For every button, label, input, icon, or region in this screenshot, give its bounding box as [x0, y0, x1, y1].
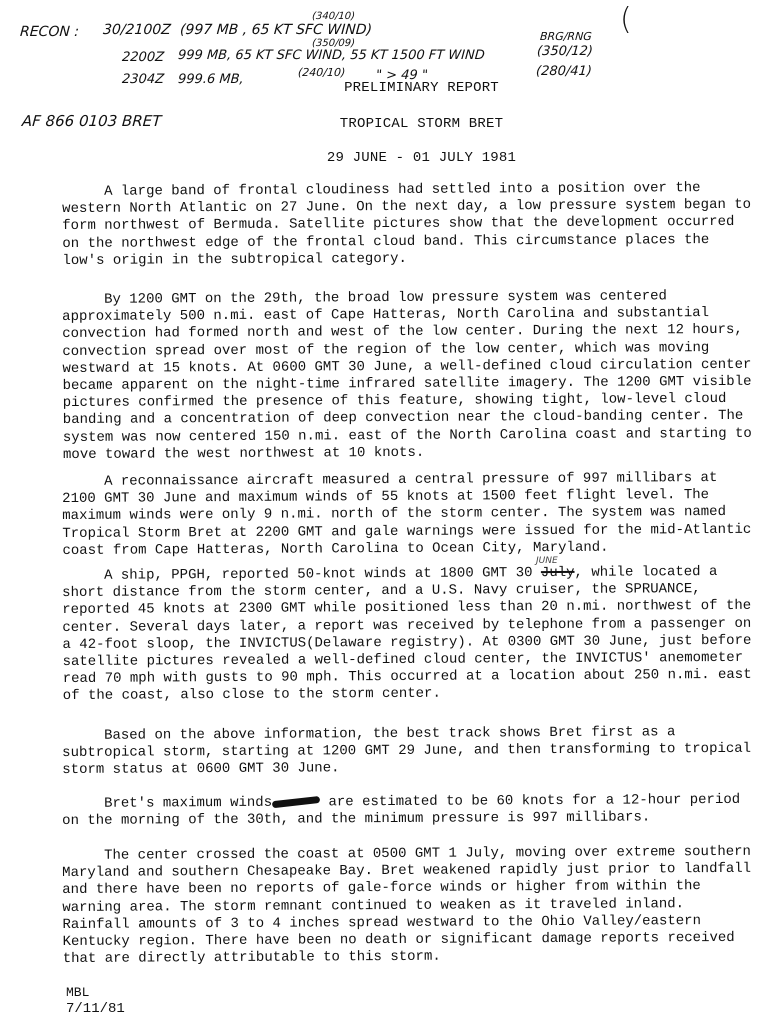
handwritten-paren-mark: ( — [620, 2, 632, 37]
recon-wind-dir-3: (240/10) — [298, 66, 346, 79]
blacked-out-word — [272, 796, 320, 808]
brg-rng-header: BRG/RNG — [540, 30, 593, 43]
recon-note-2: 999 MB, 65 KT SFC WIND, 55 KT 1500 FT WI… — [177, 48, 485, 63]
recon-wind-dir-2: (350/09) — [312, 38, 356, 49]
paragraph-7: The center crossed the coast at 0500 GMT… — [62, 844, 753, 969]
recon-brg-rng-2: (350/12) — [536, 44, 593, 59]
paragraph-4: A ship, PPGH, reported 50-knot winds at … — [62, 564, 753, 706]
author-initials: MBL — [66, 984, 89, 1001]
paragraph-4-end: , while located a short distance from th… — [62, 564, 752, 704]
recon-time-1: 30/2100Z — [102, 22, 171, 38]
report-date: 7/11/81 — [66, 1001, 125, 1018]
struck-word-july: July — [541, 565, 575, 581]
paragraph-6: Bret's maximum winds are estimated to be… — [62, 792, 752, 831]
paragraph-1: A large band of frontal cloudiness had s… — [62, 180, 753, 270]
recon-note-1: (997 MB , 65 KT SFC WIND) — [179, 22, 372, 38]
recon-label: RECON : — [19, 24, 79, 40]
paragraph-5: Based on the above information, the best… — [62, 724, 752, 780]
storm-name-heading: TROPICAL STORM BRET — [40, 116, 763, 132]
recon-wind-dir-1: (340/10) — [312, 11, 356, 22]
date-range-heading: 29 JUNE - 01 JULY 1981 — [40, 150, 763, 166]
report-type-heading: PRELIMINARY REPORT — [40, 80, 763, 96]
recon-brg-rng-3: (280/41) — [535, 64, 592, 79]
paragraph-4-start: A ship, PPGH, reported 50-knot winds at … — [104, 565, 541, 584]
paragraph-3: A reconnaissance aircraft measured a cen… — [62, 470, 753, 560]
recon-time-2: 2200Z — [121, 50, 164, 65]
paragraph-2: By 1200 GMT on the 29th, the broad low p… — [62, 288, 753, 464]
paragraph-6-start: Bret's maximum winds — [104, 795, 272, 812]
